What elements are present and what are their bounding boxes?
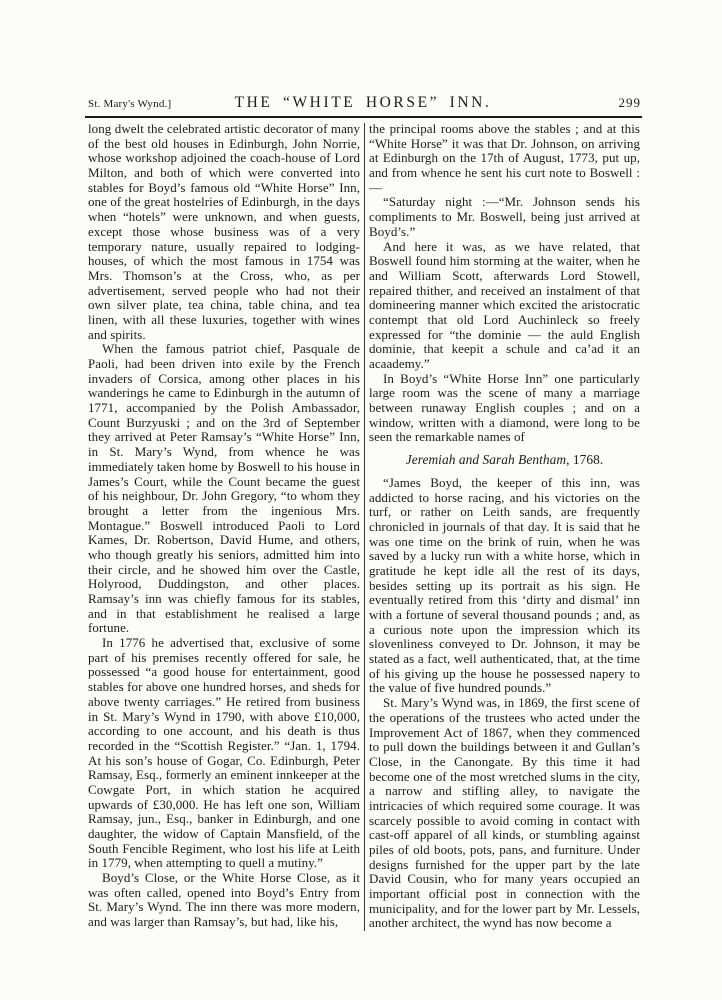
paragraph: “James Boyd, the keeper of this inn, was…: [369, 476, 640, 696]
paragraph: In 1776 he advertised that, exclusive of…: [88, 636, 360, 871]
page-number: 299: [619, 95, 642, 111]
paragraph: When the famous patriot chief, Pasquale …: [88, 342, 360, 636]
left-column: long dwelt the celebrated artistic decor…: [88, 122, 360, 930]
page-title: THE “WHITE HORSE” INN.: [235, 94, 492, 112]
paragraph: St. Mary’s Wynd was, in 1869, the first …: [369, 696, 640, 931]
inscription-year: , 1768.: [566, 452, 603, 467]
paragraph: In Boyd’s “White Horse Inn” one particul…: [369, 372, 640, 445]
paragraph: “Saturday night :—“Mr. Johnson sends his…: [369, 195, 640, 239]
running-header-left: St. Mary's Wynd.]: [88, 98, 171, 110]
paragraph: long dwelt the celebrated artistic decor…: [88, 122, 360, 342]
paragraph: Boyd’s Close, or the White Horse Close, …: [88, 871, 360, 930]
header-rule: [85, 116, 642, 118]
inscription-names: Jeremiah and Sarah Bentham: [406, 452, 566, 467]
page-header: St. Mary's Wynd.] THE “WHITE HORSE” INN.…: [85, 92, 641, 112]
paragraph: And here it was, as we have related, tha…: [369, 240, 640, 372]
book-page: St. Mary's Wynd.] THE “WHITE HORSE” INN.…: [0, 0, 722, 1000]
column-divider: [364, 123, 365, 931]
paragraph: the principal rooms above the stables ; …: [369, 122, 640, 195]
marriage-inscription: Jeremiah and Sarah Bentham, 1768.: [369, 453, 640, 468]
right-column: the principal rooms above the stables ; …: [369, 122, 640, 931]
